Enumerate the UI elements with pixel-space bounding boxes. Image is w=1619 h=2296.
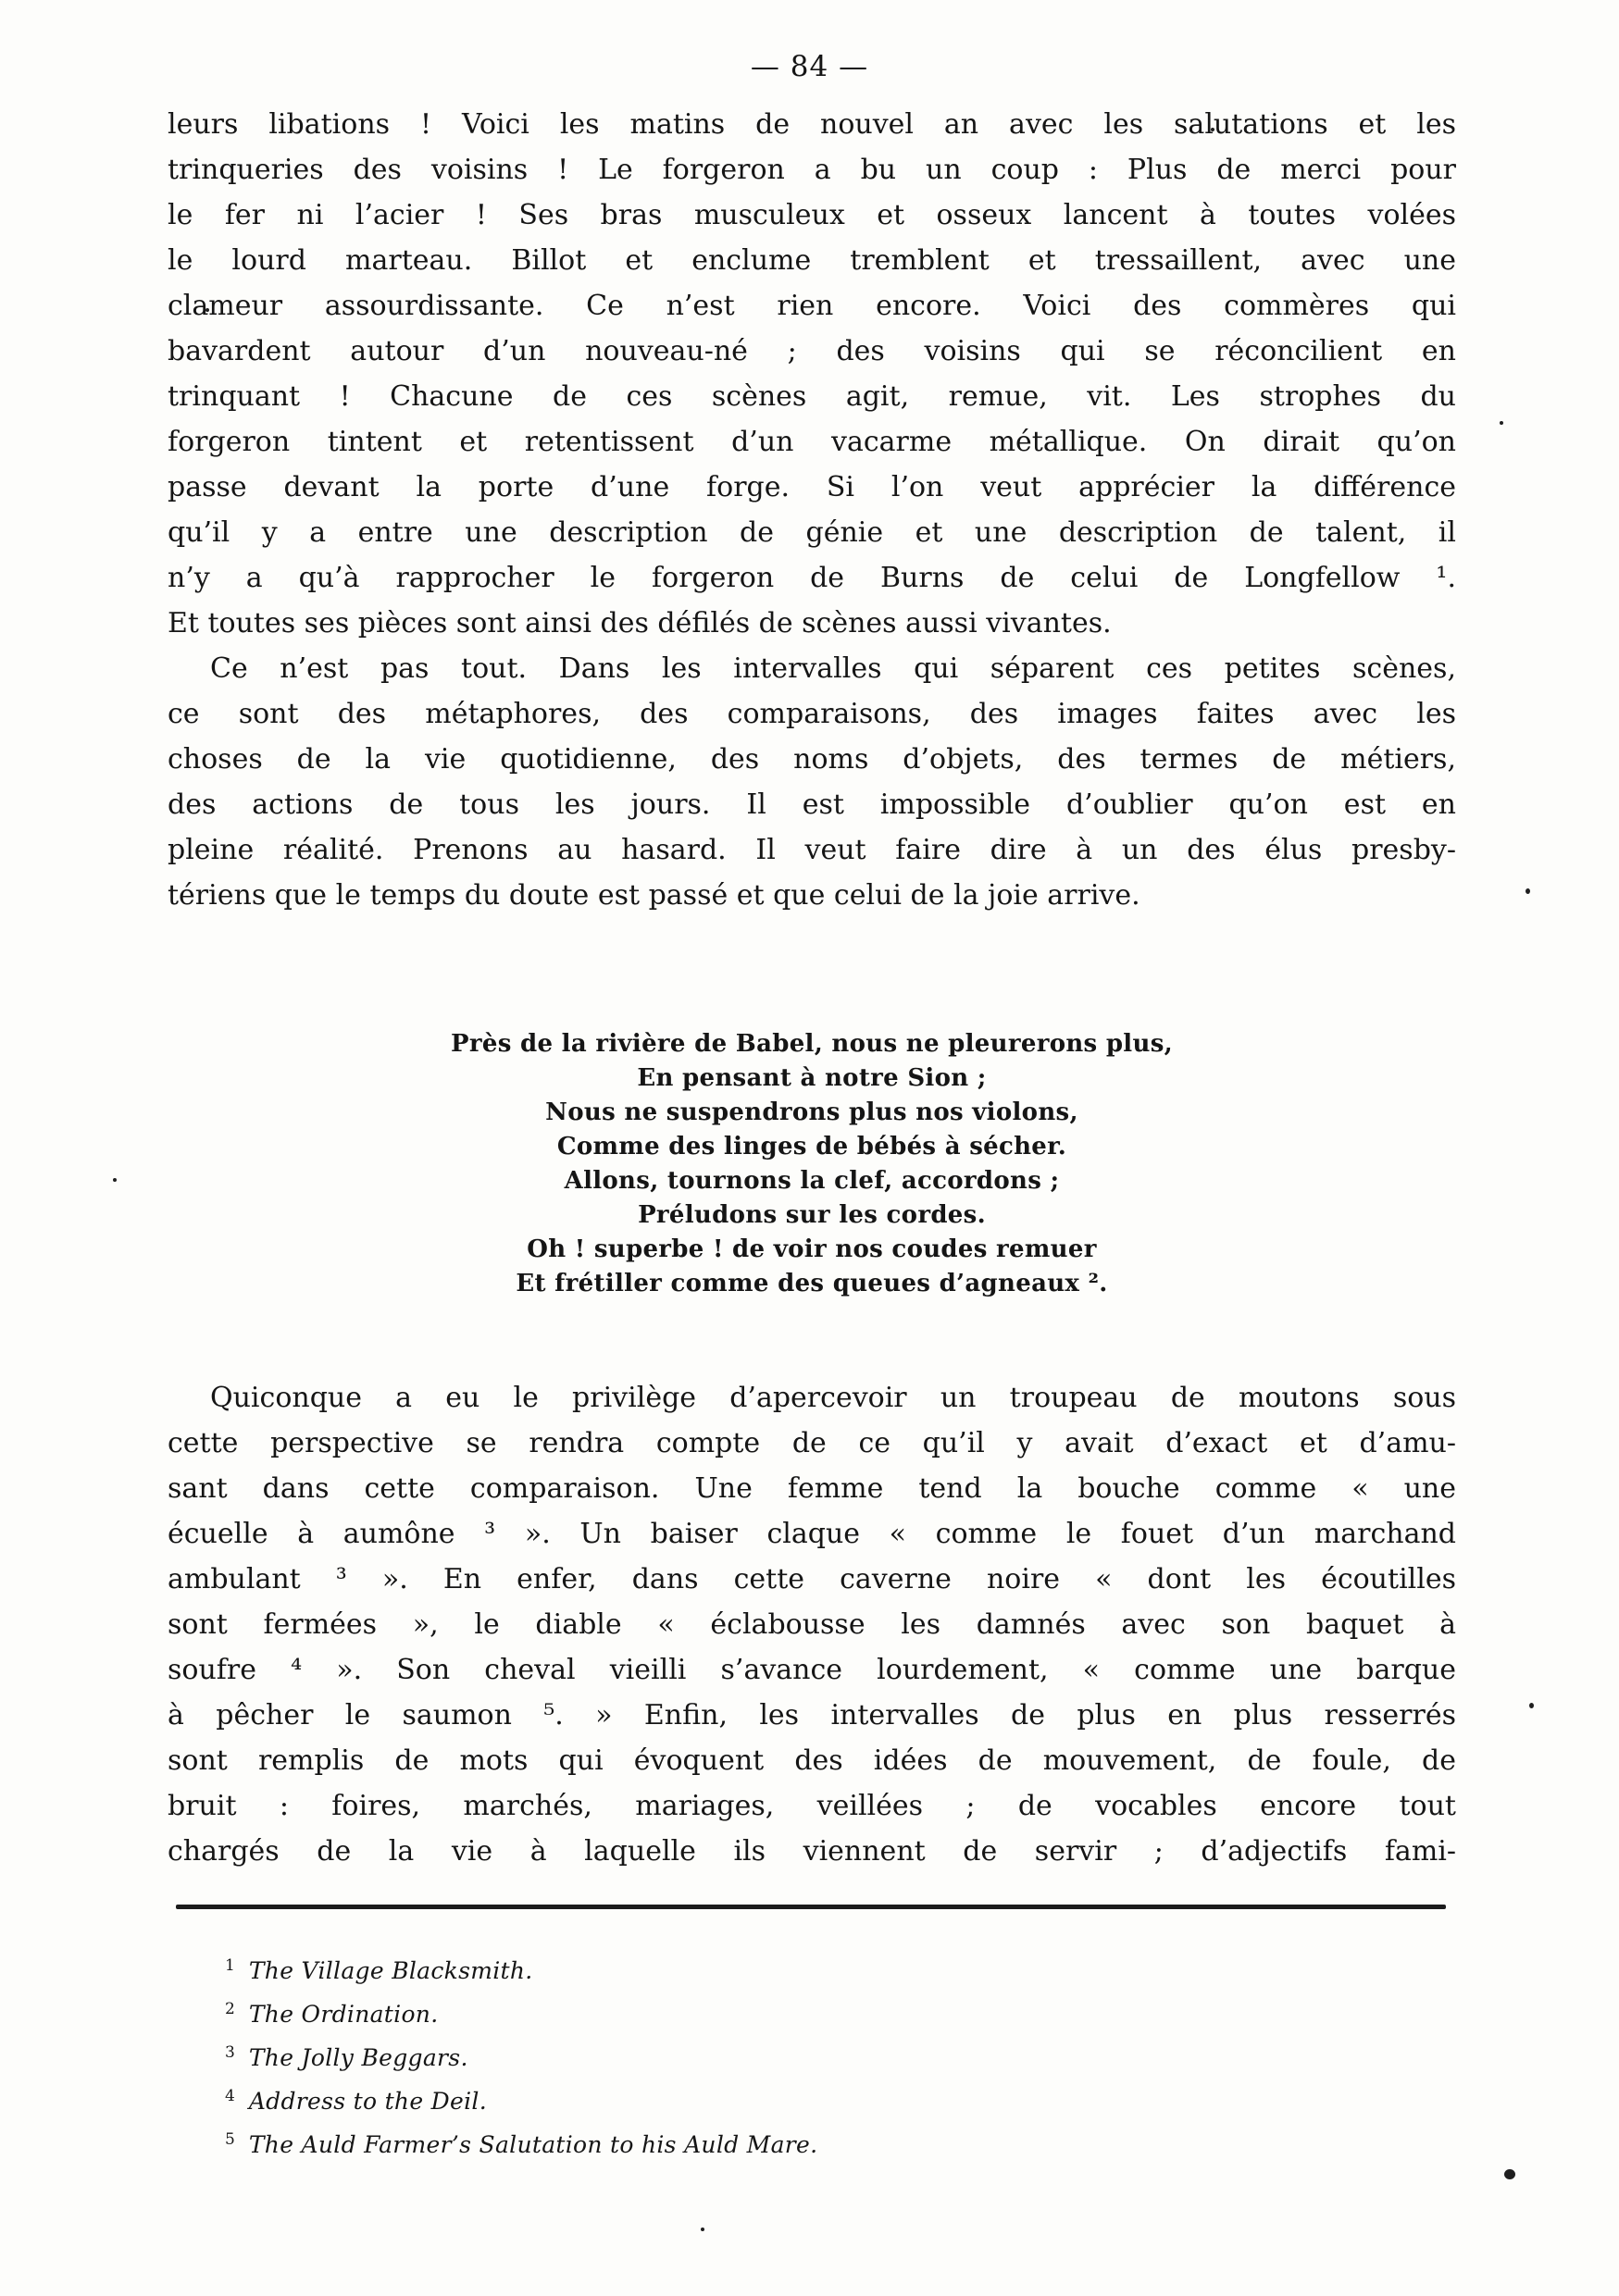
footnote: 1The Village Blacksmith. <box>225 1949 817 1992</box>
text-line: trinqueries des voisins ! Le forgeron a … <box>168 147 1456 192</box>
footnote-text: Address to the Deil. <box>249 2088 487 2115</box>
page-number: — 84 — <box>0 50 1619 83</box>
text-line: sont remplis de mots qui évoquent des id… <box>168 1738 1456 1783</box>
text-line: des actions de tous les jours. Il est im… <box>168 782 1456 827</box>
text-line: soufre ⁴ ». Son cheval vieilli s’avance … <box>168 1647 1456 1693</box>
text-line: clameur assourdissante. Ce n’est rien en… <box>168 283 1456 329</box>
verse-line: Préludons sur les cordes. <box>168 1198 1456 1233</box>
text-line: chargés de la vie à laquelle ils viennen… <box>168 1829 1456 1874</box>
text-line: tériens que le temps du doute est passé … <box>168 873 1456 918</box>
scan-speck <box>1529 1703 1534 1708</box>
page-content: leurs libations ! Voici les matins de no… <box>168 102 1456 1874</box>
footnote-text: The Auld Farmer’s Salutation to his Auld… <box>249 2131 818 2158</box>
verse-line: Et frétiller comme des queues d’agneaux … <box>168 1267 1456 1301</box>
footnotes: 1The Village Blacksmith. 2The Ordination… <box>225 1949 817 2166</box>
footnote: 4Address to the Deil. <box>225 2079 817 2123</box>
footnote-marker: 3 <box>225 2043 235 2062</box>
footnote-marker: 5 <box>225 2130 235 2149</box>
verse-line: Allons, tournons la clef, accordons ; <box>168 1164 1456 1198</box>
text-line: le lourd marteau. Billot et enclume trem… <box>168 238 1456 283</box>
verse-line: Comme des linges de bébés à sécher. <box>168 1130 1456 1164</box>
verse-line: En pensant à notre Sion ; <box>168 1061 1456 1096</box>
text-line: trinquant ! Chacune de ces scènes agit, … <box>168 374 1456 419</box>
text-line: ambulant ³ ». En enfer, dans cette caver… <box>168 1557 1456 1602</box>
footnote-marker: 4 <box>225 2087 235 2105</box>
verse-line: Oh ! superbe ! de voir nos coudes remuer <box>168 1233 1456 1267</box>
paragraph-2: Ce n’est pas tout. Dans les intervalles … <box>168 646 1456 918</box>
book-page: — 84 — leurs libations ! Voici les matin… <box>0 0 1619 2296</box>
text-line: bruit : foires, marchés, mariages, veill… <box>168 1783 1456 1829</box>
text-line: Ce n’est pas tout. Dans les intervalles … <box>168 646 1456 691</box>
footnote-text: The Jolly Beggars. <box>249 2044 468 2071</box>
paragraph-1: leurs libations ! Voici les matins de no… <box>168 102 1456 646</box>
text-line: sont fermées », le diable « éclabousse l… <box>168 1602 1456 1647</box>
text-line: Quiconque a eu le privilège d’apercevoir… <box>168 1375 1456 1421</box>
scan-speck <box>205 308 209 312</box>
scan-speck <box>701 2228 704 2231</box>
text-line: choses de la vie quotidienne, des noms d… <box>168 737 1456 782</box>
paragraph-3: Quiconque a eu le privilège d’apercevoir… <box>168 1375 1456 1874</box>
footnote-rule <box>176 1905 1446 1909</box>
text-line: cette perspective se rendra compte de ce… <box>168 1421 1456 1466</box>
text-line: passe devant la porte d’une forge. Si l’… <box>168 465 1456 510</box>
footnote-text: The Ordination. <box>249 2001 439 2028</box>
text-line: n’y a qu’à rapprocher le forgeron de Bur… <box>168 555 1456 601</box>
text-line: pleine réalité. Prenons au hasard. Il ve… <box>168 827 1456 873</box>
footnote: 2The Ordination. <box>225 1992 817 2036</box>
verse-line: Près de la rivière de Babel, nous ne ple… <box>168 1027 1456 1061</box>
text-line: bavardent autour d’un nouveau-né ; des v… <box>168 329 1456 374</box>
footnote: 5The Auld Farmer’s Salutation to his Aul… <box>225 2123 817 2166</box>
text-line: qu’il y a entre une description de génie… <box>168 510 1456 555</box>
text-line: Et toutes ses pièces sont ainsi des défi… <box>168 601 1456 646</box>
text-line: écuelle à aumône ³ ». Un baiser claque «… <box>168 1511 1456 1557</box>
scan-speck <box>1526 888 1530 894</box>
footnote-text: The Village Blacksmith. <box>249 1957 533 1984</box>
text-line: sant dans cette comparaison. Une femme t… <box>168 1466 1456 1511</box>
footnote-marker: 2 <box>225 2000 235 2018</box>
footnote-marker: 1 <box>225 1956 235 1975</box>
text-line: à pêcher le saumon ⁵. » Enfin, les inter… <box>168 1693 1456 1738</box>
scan-speck <box>1211 128 1214 131</box>
text-line: leurs libations ! Voici les matins de no… <box>168 102 1456 147</box>
footnote: 3The Jolly Beggars. <box>225 2036 817 2079</box>
scan-speck <box>1504 2169 1515 2179</box>
text-line: ce sont des métaphores, des comparaisons… <box>168 691 1456 737</box>
verse-line: Nous ne suspendrons plus nos violons, <box>168 1096 1456 1130</box>
scan-speck <box>113 1178 117 1182</box>
text-line: forgeron tintent et retentissent d’un va… <box>168 419 1456 465</box>
scan-speck <box>1500 421 1503 425</box>
text-line: le fer ni l’acier ! Ses bras musculeux e… <box>168 192 1456 238</box>
verse-quote: Près de la rivière de Babel, nous ne ple… <box>168 1027 1456 1301</box>
